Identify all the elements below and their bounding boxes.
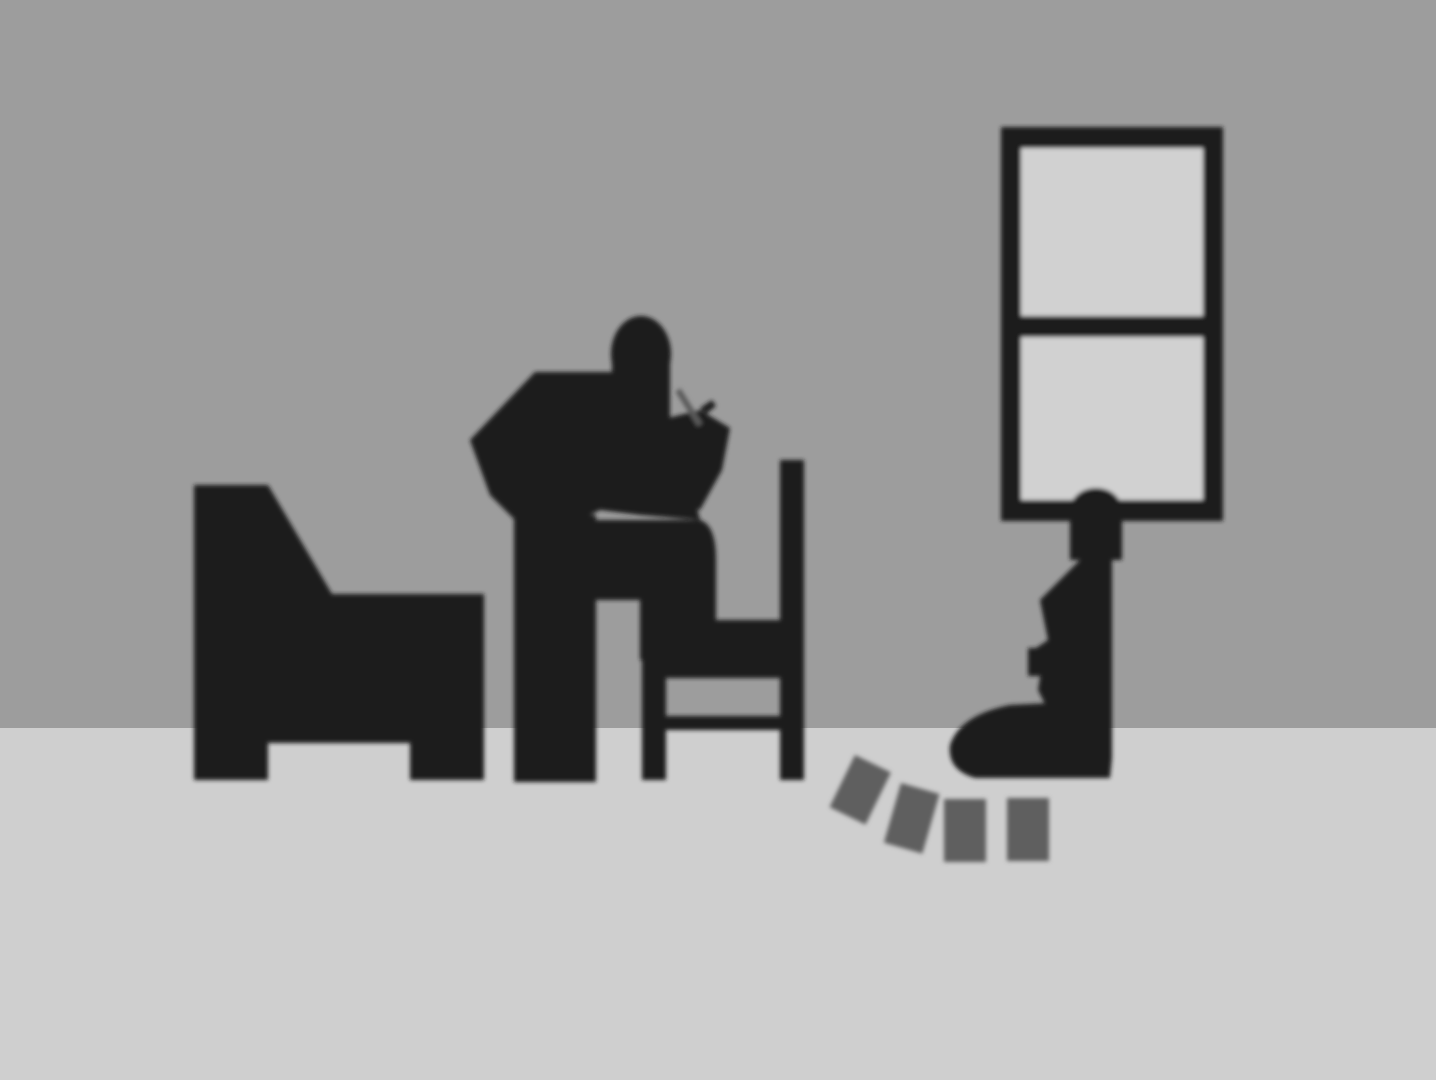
standing-man [470,316,730,782]
scene-drawing [0,0,1436,1080]
room-scene [0,0,1436,1080]
kneeling-woman [950,488,1122,778]
window [1001,127,1223,521]
armchair [194,485,484,780]
